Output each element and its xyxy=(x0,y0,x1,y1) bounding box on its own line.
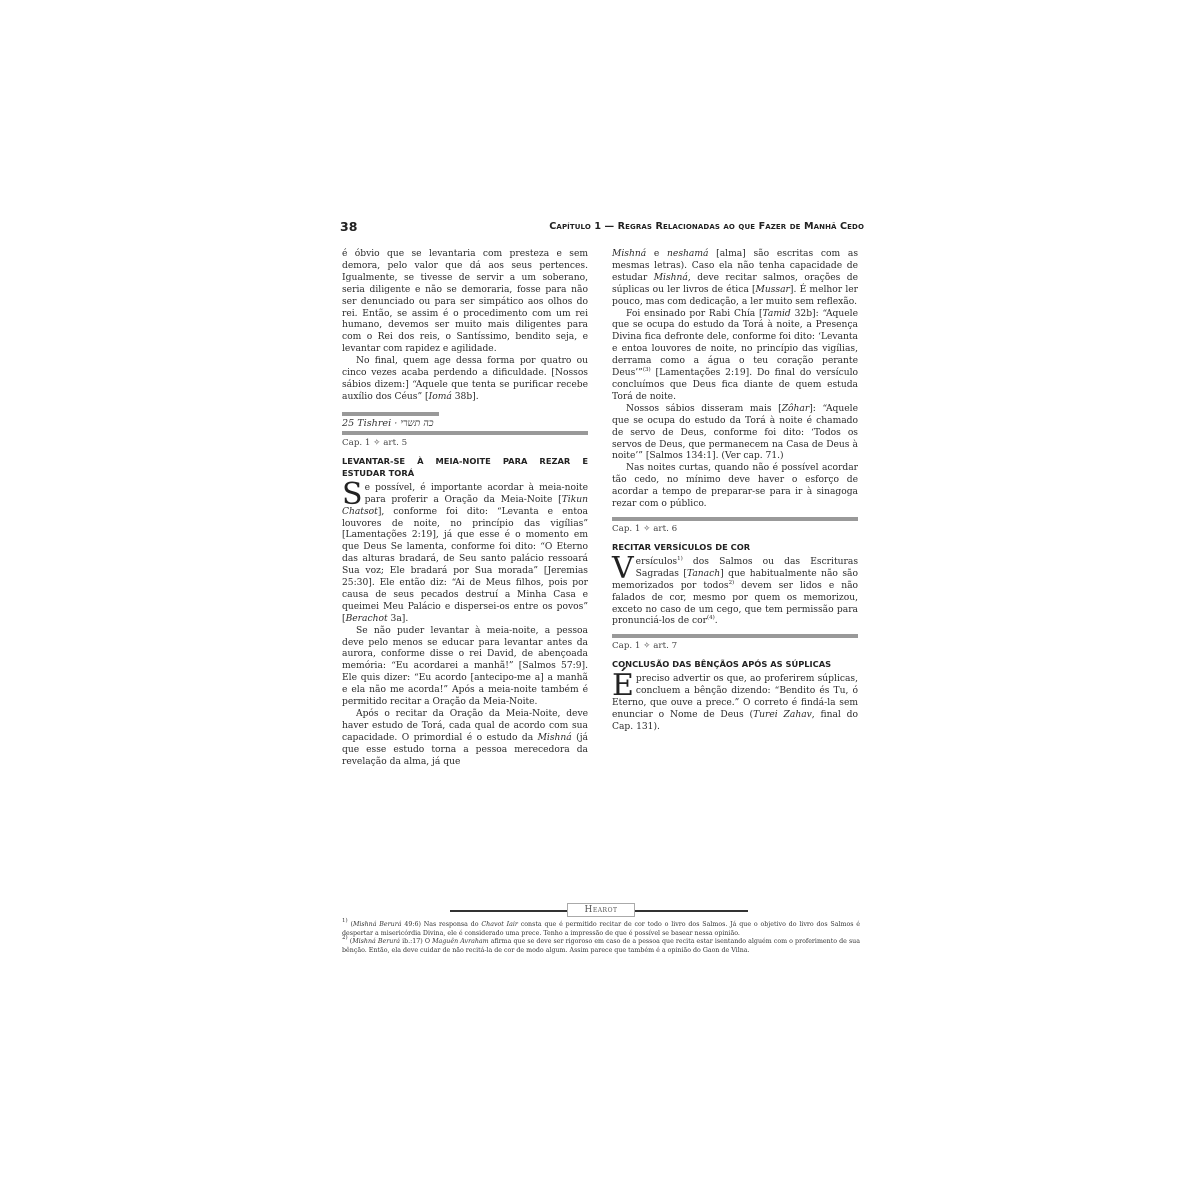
text: 38b]. xyxy=(452,392,479,402)
left-column: é óbvio que se levantaria com presteza e… xyxy=(342,249,588,769)
drop-cap: É xyxy=(612,675,634,697)
text: 49:6) Nas responsa do xyxy=(402,921,482,928)
footnote-number: 1) xyxy=(342,918,348,924)
paragraph: No final, quem age dessa forma por quatr… xyxy=(342,356,588,404)
text: ersículos xyxy=(636,557,677,567)
footnotes: 1) (Mishná Berurá 49:6) Nas responsa do … xyxy=(342,921,860,955)
source-reference: Maguên Avraham xyxy=(432,938,489,945)
text: e possível, é importante acordar à meia-… xyxy=(365,483,588,505)
paragraph: é óbvio que se levantaria com presteza e… xyxy=(342,249,588,356)
section-title: RECITAR VERSÍCULOS DE COR xyxy=(612,541,858,553)
source-reference: Mishná xyxy=(538,733,572,743)
paragraph: Mishná e neshamá [alma] são escritas com… xyxy=(612,249,858,309)
date-label: 25 Tishrei · כה תשרי xyxy=(342,417,588,430)
text: ib.:17) O xyxy=(400,938,432,945)
source-reference: Mishná xyxy=(654,273,688,283)
text: . xyxy=(715,616,718,626)
text: e xyxy=(646,249,667,259)
text: Nossos sábios disseram mais [ xyxy=(626,404,782,414)
section-divider xyxy=(612,634,858,638)
source-reference: Chavot Iair xyxy=(481,921,518,928)
paragraph: Versículos1) dos Salmos ou das Escritura… xyxy=(612,557,858,628)
source-reference: Tamid xyxy=(763,309,791,319)
footnote-number: 2) xyxy=(342,935,348,941)
footnote-rule-right xyxy=(635,910,748,912)
drop-cap: V xyxy=(612,558,634,580)
drop-cap: S xyxy=(342,484,363,506)
text: 3a]. xyxy=(388,614,409,624)
section-title: LEVANTAR-SE À MEIA-NOITE PARA REZAR E ES… xyxy=(342,455,588,479)
source-reference: Mishná xyxy=(612,249,646,259)
right-column: Mishná e neshamá [alma] são escritas com… xyxy=(612,249,858,734)
source-reference: Tanach xyxy=(687,569,720,579)
source-reference: Berachot xyxy=(346,614,388,624)
paragraph: Se possível, é importante acordar à meia… xyxy=(342,483,588,626)
section-title: CONCLUSÃO DAS BÊNÇÃOS APÓS AS SÚPLICAS xyxy=(612,658,858,670)
footnotes-label: Hearot xyxy=(567,903,635,917)
section-divider xyxy=(612,517,858,521)
footnote: 1) (Mishná Berurá 49:6) Nas responsa do … xyxy=(342,921,860,938)
paragraph: Nossos sábios disseram mais [Zôhar]: “Aq… xyxy=(612,404,858,464)
source-reference: Turei Zahav xyxy=(753,710,812,720)
page-number: 38 xyxy=(340,219,357,234)
source-reference: Mussar xyxy=(756,285,790,295)
footnote: 2) (Mishná Berurá ib.:17) O Maguên Avrah… xyxy=(342,938,860,955)
source-reference: neshamá xyxy=(667,249,708,259)
paragraph: Se não puder levantar à meia-noite, a pe… xyxy=(342,626,588,709)
book-page: 38 Capítulo 1 — Regras Relacionadas ao q… xyxy=(0,0,1200,1200)
paragraph: Foi ensinado por Rabi Chía [Tamid 32b]: … xyxy=(612,309,858,404)
text: ], conforme foi dito: “Levanta e entoa l… xyxy=(342,507,588,624)
paragraph: Nas noites curtas, quando não é possível… xyxy=(612,463,858,511)
footnote-marker: (3) xyxy=(643,367,651,373)
source-reference: Mishná Berurá xyxy=(353,921,402,928)
running-head-chapter-title: Capítulo 1 — Regras Relacionadas ao que … xyxy=(549,221,864,232)
paragraph: Após o recitar da Oração da Meia-Noite, … xyxy=(342,709,588,769)
text: Foi ensinado por Rabi Chía [ xyxy=(626,309,763,319)
source-reference: Zôhar xyxy=(782,404,810,414)
section-divider xyxy=(342,431,588,435)
source-reference: Iomá xyxy=(429,392,452,402)
article-reference: Cap. 1 ✧ art. 5 xyxy=(342,438,588,449)
text: [Lamentações 2:19]. Do final do versícul… xyxy=(612,368,858,402)
footnote-marker: (4) xyxy=(707,615,715,621)
paragraph: É preciso advertir os que, ao proferirem… xyxy=(612,674,858,734)
article-reference: Cap. 1 ✧ art. 7 xyxy=(612,641,858,652)
footnote-rule-left xyxy=(450,910,567,912)
source-reference: Mishná Berurá xyxy=(352,938,400,945)
article-reference: Cap. 1 ✧ art. 6 xyxy=(612,524,858,535)
section-divider-short xyxy=(342,412,439,416)
